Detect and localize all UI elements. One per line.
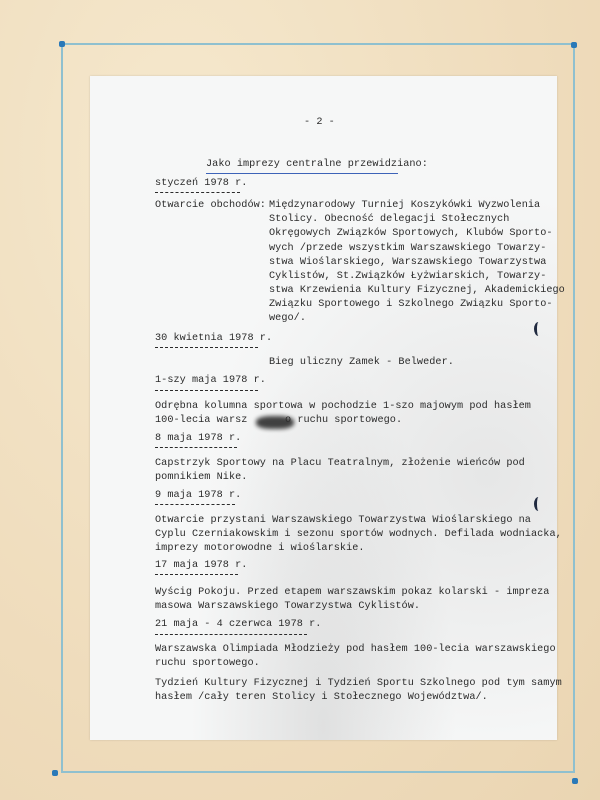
date-underline [155, 447, 237, 448]
heading-underline [206, 173, 398, 174]
page-heading: Jako imprezy centralne przewidziano: [206, 158, 428, 172]
text-line: Cyplu Czerniakowskim i sezonu sportów wo… [155, 528, 562, 542]
text-line: Związku Sportowego i Szkolnego Związku S… [269, 298, 553, 312]
text-line: stwa Krzewienia Kultury Fizycznej, Akade… [269, 284, 565, 298]
text-line: Warszawska Olimpiada Młodzieży pod hasłe… [155, 643, 556, 657]
text-line: Stolicy. Obecność delegacji Stołecznych [269, 213, 509, 227]
text-line: hasłem /cały teren Stolicy i Stołecznego… [155, 691, 488, 705]
text-line: wego/. [269, 312, 306, 326]
text-line: imprezy motorowodne i wioślarskie. [155, 542, 365, 556]
date-underline [155, 192, 240, 193]
text-line: Otwarcie przystani Warszawskiego Towarzy… [155, 514, 531, 528]
text-line: Bieg uliczny Zamek - Belweder. [269, 356, 454, 370]
text-line: stwa Wioślarskiego, Warszawskiego Towarz… [269, 256, 546, 270]
text-line: Międzynarodowy Turniej Koszykówki Wyzwol… [269, 199, 540, 213]
text-line: 100-lecia warsz [155, 414, 247, 428]
text-line: Okręgowych Związków Sportowych, Klubów S… [269, 227, 553, 241]
text-line: Cyklistów, St.Związków Łyżwiarskich, Tow… [269, 270, 546, 284]
punch-hole-mark [534, 322, 543, 336]
page-number: - 2 - [304, 116, 335, 130]
text-line: o ruchu sportowego. [285, 414, 402, 428]
date-underline [155, 574, 238, 575]
frame-corner [572, 778, 578, 784]
section-date: 9 maja 1978 r. [155, 489, 241, 503]
section-date: 21 maja - 4 czerwca 1978 r. [155, 618, 321, 632]
date-underline [155, 504, 235, 505]
frame-corner [52, 770, 58, 776]
section-label: Otwarcie obchodów: [155, 199, 266, 213]
date-underline [155, 634, 307, 635]
section-date: 30 kwietnia 1978 r. [155, 332, 272, 346]
frame-corner [571, 42, 577, 48]
punch-hole-mark [534, 497, 543, 511]
text-line: Tydzień Kultury Fizycznej i Tydzień Spor… [155, 677, 562, 691]
section-date: 17 maja 1978 r. [155, 559, 247, 573]
text-line: wych /przede wszystkim Warszawskiego Tow… [269, 242, 546, 256]
frame-corner [59, 41, 65, 47]
section-date: 8 maja 1978 r. [155, 432, 241, 446]
section-date: styczeń 1978 r. [155, 177, 247, 191]
text-line: ruchu sportowego. [155, 657, 260, 671]
text-line: Wyścig Pokoju. Przed etapem warszawskim … [155, 586, 549, 600]
section-date: 1-szy maja 1978 r. [155, 374, 266, 388]
text-line: Odrębna kolumna sportowa w pochodzie 1-s… [155, 400, 531, 414]
text-line: Capstrzyk Sportowy na Placu Teatralnym, … [155, 457, 525, 471]
text-line: masowa Warszawskiego Towarzystwa Cyklist… [155, 600, 420, 614]
date-underline [155, 390, 258, 391]
text-line: pomnikiem Nike. [155, 471, 247, 485]
date-underline [155, 347, 258, 348]
